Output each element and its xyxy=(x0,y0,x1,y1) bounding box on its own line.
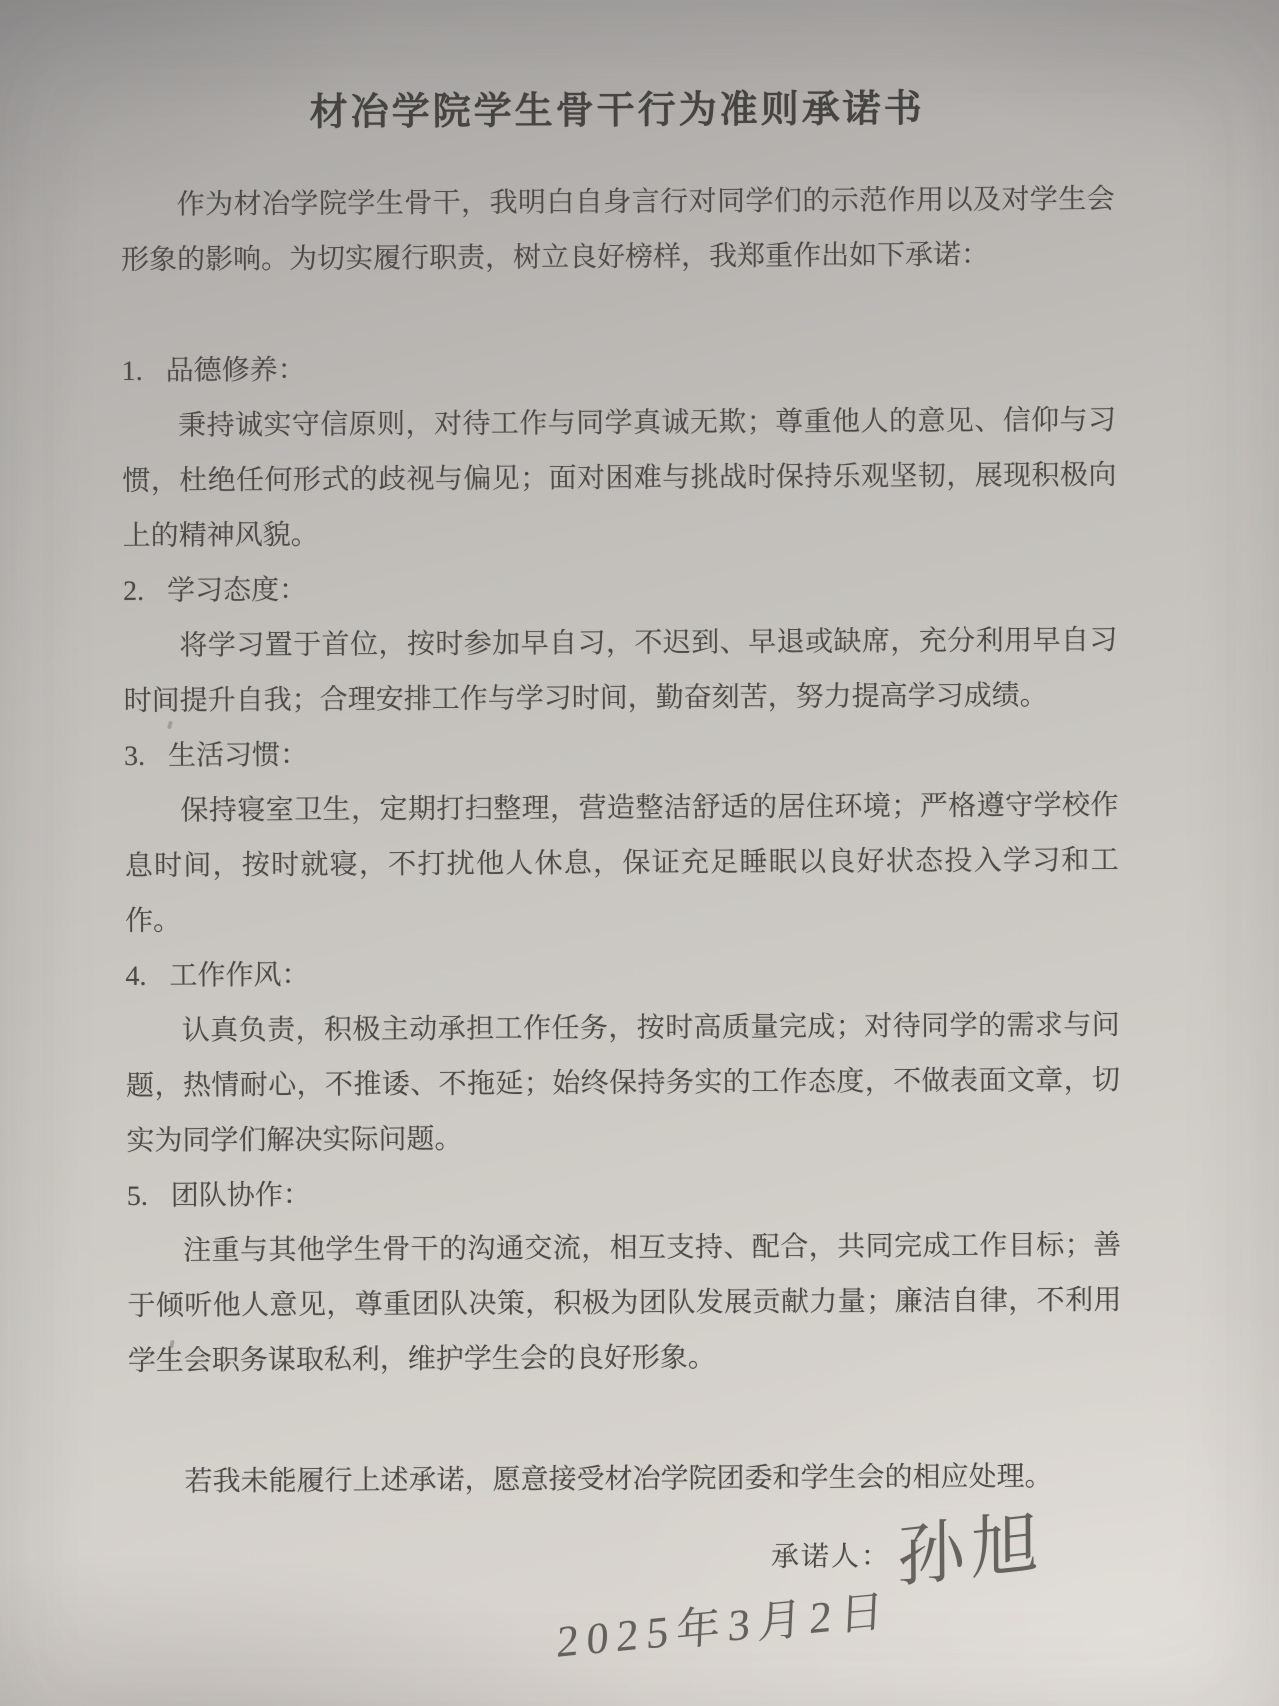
section-title: 团队协作： xyxy=(171,1168,311,1224)
intro-paragraph: 作为材冶学院学生骨干，我明白自身言行对同学们的示范作用以及对学生会形象的影响。为… xyxy=(121,172,1116,288)
section-morality: 1. 品德修养： 秉持诚实守信原则，对待工作与同学真诚无欺；尊重他人的意见、信仰… xyxy=(122,338,1117,564)
commitment-letter: 材冶学院学生骨干行为准则承诺书 作为材冶学院学生骨干，我明白自身言行对同学们的示… xyxy=(120,80,1124,1649)
section-number: 1. xyxy=(122,344,166,399)
section-title: 学习态度： xyxy=(167,563,307,619)
section-body: 秉持诚实守信原则，对待工作与同学真诚无欺；尊重他人的意见、信仰与习惯，杜绝任何形… xyxy=(122,393,1117,564)
document-title: 材冶学院学生骨干行为准则承诺书 xyxy=(120,80,1114,142)
signature-date-handwritten: 2025年3月2日 xyxy=(555,1583,892,1671)
section-number: 2. xyxy=(123,564,167,619)
section-title: 生活习惯： xyxy=(168,728,308,784)
closing-paragraph: 若我未能履行上述承诺，愿意接受材冶学院团委和学生会的相应处理。 xyxy=(128,1449,1122,1510)
section-body: 注重与其他学生骨干的沟通交流，相互支持、配合，共同完成工作目标；善于倾听他人意见… xyxy=(127,1218,1122,1389)
section-title: 工作作风： xyxy=(169,948,309,1004)
signer-signature-handwritten: 孙旭 xyxy=(897,1502,1045,1597)
section-heading: 1. 品德修养： xyxy=(122,338,1116,399)
section-heading: 3. 生活习惯： xyxy=(124,723,1118,784)
section-heading: 5. 团队协作： xyxy=(127,1163,1121,1224)
section-teamwork: 5. 团队协作： 注重与其他学生骨干的沟通交流，相互支持、配合，共同完成工作目标… xyxy=(127,1163,1122,1389)
section-work-style: 4. 工作作风： 认真负责，积极主动承担工作任务，按时高质量完成；对待同学的需求… xyxy=(125,943,1120,1169)
section-number: 5. xyxy=(127,1169,171,1224)
section-number: 4. xyxy=(125,949,169,1004)
section-study-attitude: 2. 学习态度： 将学习置于首位，按时参加早自习，不迟到、早退或缺席，充分利用早… xyxy=(123,558,1118,729)
signer-label: 承诺人： xyxy=(771,1529,891,1585)
section-body: 将学习置于首位，按时参加早自习，不迟到、早退或缺席，充分利用早自习时间提升自我；… xyxy=(123,613,1118,729)
section-title: 品德修养： xyxy=(166,343,306,399)
section-heading: 2. 学习态度： xyxy=(123,558,1117,619)
section-heading: 4. 工作作风： xyxy=(125,943,1119,1004)
section-number: 3. xyxy=(124,729,168,784)
signature-date-row: 2025年3月2日 xyxy=(129,1582,1123,1649)
document-photo: 材冶学院学生骨干行为准则承诺书 作为材冶学院学生骨干，我明白自身言行对同学们的示… xyxy=(0,0,1279,1706)
section-living-habits: 3. 生活习惯： 保持寝室卫生，定期打扫整理，营造整洁舒适的居住环境；严格遵守学… xyxy=(124,723,1119,949)
section-body: 认真负责，积极主动承担工作任务，按时高质量完成；对待同学的需求与问题，热情耐心，… xyxy=(126,998,1121,1169)
section-body: 保持寝室卫生，定期打扫整理，营造整洁舒适的居住环境；严格遵守学校作息时间，按时就… xyxy=(124,778,1119,949)
